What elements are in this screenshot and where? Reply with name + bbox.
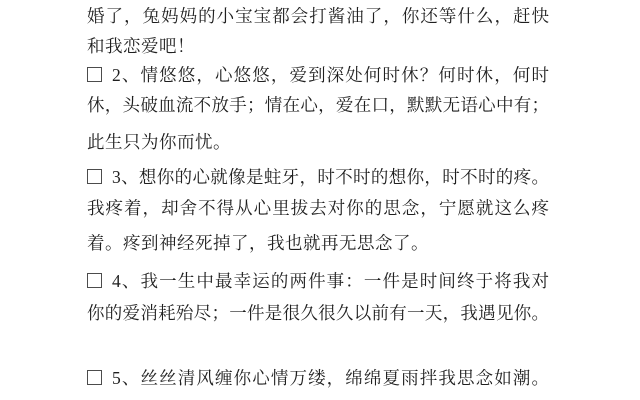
doc-line: 和我恋爱吧！: [87, 36, 549, 58]
doc-line-text: 婚了，兔妈妈的小宝宝都会打酱油了，你还等什么，赶快: [87, 6, 549, 26]
doc-line: 休，头破血流不放手；情在心，爱在口，默默无语心中有；: [87, 95, 549, 117]
doc-line: 此生只为你而忧。: [87, 132, 549, 154]
checkbox-icon[interactable]: [87, 67, 102, 82]
doc-line: 你的爱消耗殆尽；一件是很久很久以前有一天，我遇见你。: [87, 303, 549, 325]
document-page: 婚了，兔妈妈的小宝宝都会打酱油了，你还等什么，赶快 和我恋爱吧！ 2、情悠悠，心…: [0, 0, 640, 400]
doc-line-text: 我疼着，却舍不得从心里拔去对你的思念，宁愿就这么疼: [87, 198, 549, 218]
doc-line: 着。疼到神经死掉了，我也就再无思念了。: [87, 233, 549, 255]
doc-line-text: 着。疼到神经死掉了，我也就再无思念了。: [87, 233, 429, 253]
doc-line-text: 此生只为你而忧。: [87, 132, 231, 152]
list-item-line: 3、想你的心就像是蛀牙，时不时的想你，时不时的疼。: [87, 167, 549, 189]
list-item-line: 2、情悠悠，心悠悠，爱到深处何时休？何时休，何时: [87, 65, 549, 87]
doc-line-text: 和我恋爱吧！: [87, 36, 195, 56]
checkbox-icon[interactable]: [87, 273, 102, 288]
list-item-line: 4、我一生中最幸运的两件事：一件是时间终于将我对: [87, 271, 549, 293]
doc-line-text: 4、我一生中最幸运的两件事：一件是时间终于将我对: [112, 271, 549, 291]
doc-line: 我疼着，却舍不得从心里拔去对你的思念，宁愿就这么疼: [87, 198, 549, 220]
doc-line: 婚了，兔妈妈的小宝宝都会打酱油了，你还等什么，赶快: [87, 6, 549, 28]
doc-line-text: 休，头破血流不放手；情在心，爱在口，默默无语心中有；: [87, 95, 549, 115]
list-item-line: 5、丝丝清风缠你心情万缕，绵绵夏雨拌我思念如潮。: [87, 368, 549, 390]
doc-line-text: 你的爱消耗殆尽；一件是很久很久以前有一天，我遇见你。: [87, 303, 549, 323]
checkbox-icon[interactable]: [87, 370, 102, 385]
doc-line-text: 2、情悠悠，心悠悠，爱到深处何时休？何时休，何时: [112, 65, 549, 85]
doc-line-text: 5、丝丝清风缠你心情万缕，绵绵夏雨拌我思念如潮。: [112, 368, 549, 388]
checkbox-icon[interactable]: [87, 169, 102, 184]
doc-line-text: 3、想你的心就像是蛀牙，时不时的想你，时不时的疼。: [112, 167, 549, 187]
